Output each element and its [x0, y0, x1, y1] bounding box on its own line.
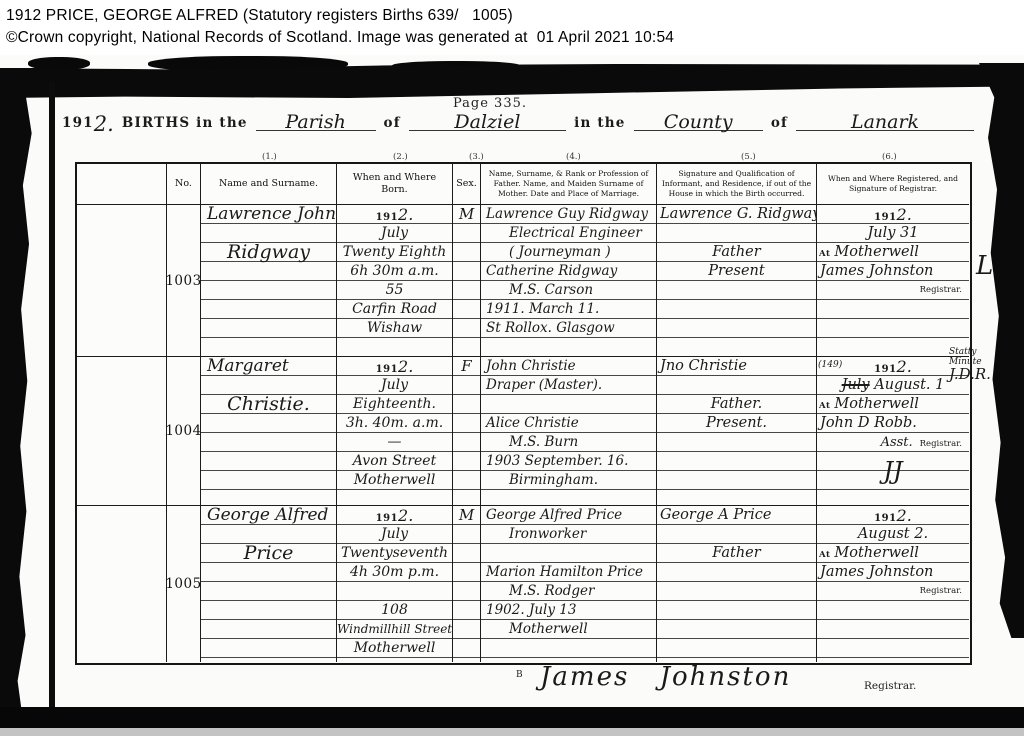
margin-cell: [77, 205, 167, 357]
born-year-handwritten: 2.: [398, 506, 413, 525]
registered-date-struck: July: [842, 377, 870, 393]
born-line: Twenty Eighth: [337, 243, 452, 262]
column-header-informant: Signature and Qualification of Informant…: [657, 164, 817, 205]
registrar-label: Registrar.: [920, 281, 962, 300]
child-name-line2: Ridgway: [201, 243, 336, 262]
parents-line: 1911. March 11.: [481, 300, 656, 319]
informant-qualification: Father: [657, 544, 816, 563]
parents-line: M.S. Carson: [481, 281, 656, 300]
column-number: (5.): [741, 152, 756, 162]
informant-residence: Present: [657, 262, 816, 281]
registered-year-printed: 191: [874, 513, 896, 524]
born-line: July: [337, 525, 452, 544]
registrar-label-line: Registrar.: [817, 582, 969, 601]
blank-line: [657, 376, 816, 395]
informant-qualification: Father: [657, 243, 816, 262]
born-year-handwritten: 2.: [398, 357, 413, 376]
name-cell: Lawrence John Ridgway: [201, 205, 337, 357]
born-cell: 1912. July Twentyseventh 4h 30m p.m. 108…: [337, 506, 453, 662]
informant-signature: Lawrence G. Ridgway: [657, 205, 816, 224]
informant-residence: [657, 563, 816, 582]
registered-date: August. 1: [874, 377, 944, 393]
sex-cell: M: [453, 205, 481, 357]
parents-line: Motherwell: [481, 620, 656, 639]
parents-line: Catherine Ridgway: [481, 262, 656, 281]
parents-line: Lawrence Guy Ridgway: [481, 205, 656, 224]
parents-cell: George Alfred Price Ironworker Marion Ha…: [481, 506, 657, 662]
born-line: Wishaw: [337, 319, 452, 338]
registered-year-line: 1912.: [817, 506, 969, 525]
born-line: July: [337, 224, 452, 243]
registrar-signature: James Johnston: [817, 262, 969, 281]
parents-cell: Lawrence Guy Ridgway Electrical Engineer…: [481, 205, 657, 357]
column-number: (3.): [469, 152, 484, 162]
informant-cell: Jno Christie Father. Present.: [657, 357, 817, 506]
registered-date-line: August 2.: [817, 525, 969, 544]
informant-cell: Lawrence G. Ridgway Father Present: [657, 205, 817, 357]
registrar-signature: James Johnston: [817, 563, 969, 582]
entry-number: 1005: [167, 506, 201, 662]
registrar-label-line: Registrar.: [817, 281, 969, 300]
registered-place-line: AtMotherwell: [817, 243, 969, 262]
column-number: (6.): [882, 152, 897, 162]
registered-year-line: (149)1912.: [817, 357, 969, 376]
scan-border-left: [0, 68, 44, 720]
parents-line: M.S. Rodger: [481, 582, 656, 601]
registered-date: August 2.: [858, 526, 928, 542]
born-line: July: [337, 376, 452, 395]
margin-cell: [77, 357, 167, 506]
name-cell: Margaret Christie.: [201, 357, 337, 506]
column-header-parents: Name, Surname, & Rank or Profession of F…: [481, 164, 657, 205]
parents-line: [481, 395, 656, 414]
column-number: (1.): [262, 152, 277, 162]
born-year-handwritten: 2.: [398, 205, 413, 224]
born-line: Twentyseventh: [337, 544, 452, 563]
born-year-printed: 191: [376, 364, 398, 375]
registered-cell: (149)1912. July August. 1 AtMotherwell J…: [817, 357, 969, 506]
parents-line: [481, 544, 656, 563]
parents-line: Birmingham.: [481, 471, 656, 490]
registered-place-line: AtMotherwell: [817, 395, 969, 414]
born-year-printed: 191: [376, 513, 398, 524]
born-line: 3h. 40m. a.m.: [337, 414, 452, 433]
at-label: At: [819, 401, 830, 411]
margin-note: Statty Minute J.D.R.: [949, 347, 991, 382]
column-header-registered: When and Where Registered, and Signature…: [817, 164, 969, 205]
title-births-label: BIRTHS in the: [122, 115, 248, 131]
rce-reference: (149): [818, 360, 842, 370]
born-line: Eighteenth.: [337, 395, 452, 414]
parents-line: St Rollox. Glasgow: [481, 319, 656, 338]
registered-date: July 31: [867, 225, 918, 241]
parents-line: Draper (Master).: [481, 376, 656, 395]
scan-border-top: [0, 64, 1024, 98]
registered-place-line: AtMotherwell: [817, 544, 969, 563]
born-line: 108: [337, 601, 452, 620]
title-year-handwritten: 2.: [94, 117, 114, 131]
born-line: Motherwell: [337, 471, 452, 490]
born-year-line: 1912.: [337, 357, 452, 376]
at-label: At: [819, 550, 830, 560]
informant-residence: Present.: [657, 414, 816, 433]
born-line: 6h 30m a.m.: [337, 262, 452, 281]
page-fold-line: [49, 81, 55, 727]
births-table: No. Name and Surname. When and Where Bor…: [75, 162, 972, 665]
born-year-printed: 191: [376, 212, 398, 223]
parents-line: John Christie: [481, 357, 656, 376]
title-of-label: of: [384, 115, 401, 131]
entry-number: 1004: [167, 357, 201, 506]
asst-label: Asst.: [881, 433, 913, 452]
title-year-printed: 191: [62, 115, 94, 131]
born-line: Windmillhill Street: [337, 620, 452, 639]
register-scan: Page 335. 1912. BIRTHS in the Parish of …: [0, 55, 1024, 736]
column-header-born: When and Where Born.: [337, 164, 453, 205]
registered-place: Motherwell: [834, 396, 919, 412]
child-name-line1: Lawrence John: [201, 205, 336, 224]
crown-copyright-line: ©Crown copyright, National Records of Sc…: [6, 27, 1024, 49]
child-name-line1: George Alfred: [201, 506, 336, 525]
blank-line: [657, 224, 816, 243]
title-in-the-label: in the: [574, 115, 625, 131]
registered-cell: 1912. August 2. AtMotherwell James Johns…: [817, 506, 969, 662]
margin-cell: [77, 506, 167, 662]
registered-place: Motherwell: [834, 244, 919, 260]
entry-number: 1003: [167, 205, 201, 357]
registered-year-handwritten: 2.: [897, 506, 912, 525]
sex-value: M: [453, 205, 480, 224]
sex-cell: F: [453, 357, 481, 506]
viewer-header: 1912 PRICE, GEORGE ALFRED (Statutory reg…: [0, 0, 1024, 55]
registrar-initials: JJ: [817, 452, 969, 490]
registered-year-printed: 191: [874, 364, 896, 375]
name-cell: George Alfred Price: [201, 506, 337, 662]
title-of-label-2: of: [771, 115, 788, 131]
registered-year-handwritten: 2.: [897, 357, 912, 376]
registered-year-line: 1912.: [817, 205, 969, 224]
born-year-line: 1912.: [337, 506, 452, 525]
page-number: Page 335.: [0, 96, 980, 111]
born-line: [337, 582, 452, 601]
child-name-line1: Margaret: [201, 357, 336, 376]
registrar-footer-label: Registrar.: [864, 680, 916, 692]
parents-line: 1903 September. 16.: [481, 452, 656, 471]
title-county-handwritten: County: [634, 115, 763, 131]
scan-gray-strip: [0, 728, 1024, 736]
register-title: 1912. BIRTHS in the Parish of Dalziel in…: [62, 115, 974, 131]
parents-line: Alice Christie: [481, 414, 656, 433]
registrar-initials: [817, 601, 969, 639]
born-line: 55: [337, 281, 452, 300]
sex-value: F: [453, 357, 480, 376]
registrar-page-signature: James Johnston: [540, 662, 791, 692]
margin-note-line: Statty: [949, 347, 991, 357]
record-title: 1912 PRICE, GEORGE ALFRED (Statutory reg…: [6, 5, 1024, 27]
margin-column-header: [77, 164, 167, 205]
print-mark: B: [516, 670, 523, 680]
title-parish-handwritten: Parish: [256, 115, 376, 131]
informant-signature: Jno Christie: [657, 357, 816, 376]
parents-line: M.S. Burn: [481, 433, 656, 452]
margin-mark: L: [976, 251, 993, 281]
child-name-line2: Christie.: [201, 395, 336, 414]
column-header-no: No.: [167, 164, 201, 205]
parents-line: ( Journeyman ): [481, 243, 656, 262]
informant-qualification: Father.: [657, 395, 816, 414]
registered-year-printed: 191: [874, 212, 896, 223]
title-parish-name-handwritten: Dalziel: [409, 115, 566, 131]
column-number: (2.): [393, 152, 408, 162]
registrar-initials: [817, 300, 969, 338]
at-label: At: [819, 249, 830, 259]
blank-line: [657, 525, 816, 544]
sex-value: M: [453, 506, 480, 525]
title-county-name-handwritten: Lanark: [796, 115, 974, 131]
parents-line: George Alfred Price: [481, 506, 656, 525]
column-header-name: Name and Surname.: [201, 164, 337, 205]
parents-cell: John Christie Draper (Master). Alice Chr…: [481, 357, 657, 506]
registered-place: Motherwell: [834, 545, 919, 561]
born-line: Motherwell: [337, 639, 452, 658]
born-line: Avon Street: [337, 452, 452, 471]
born-line: Carfin Road: [337, 300, 452, 319]
registrar-signature: John D Robb.: [817, 414, 969, 433]
registered-date-line: July August. 1: [817, 376, 969, 395]
parents-line: Ironworker: [481, 525, 656, 544]
scan-border-bottom: [0, 707, 1024, 728]
registrar-label-line: Asst.Registrar.: [817, 433, 969, 452]
informant-signature: George A Price: [657, 506, 816, 525]
parents-line: Electrical Engineer: [481, 224, 656, 243]
column-header-sex: Sex.: [453, 164, 481, 205]
registered-cell: 1912. July 31 AtMotherwell James Johnsto…: [817, 205, 969, 357]
parents-line: Marion Hamilton Price: [481, 563, 656, 582]
born-cell: 1912. July Eighteenth. 3h. 40m. a.m. — A…: [337, 357, 453, 506]
parents-line: 1902. July 13: [481, 601, 656, 620]
born-line: —: [337, 433, 452, 452]
registrar-label: Registrar.: [920, 435, 962, 454]
born-year-line: 1912.: [337, 205, 452, 224]
sex-cell: M: [453, 506, 481, 662]
column-number: (4.): [566, 152, 581, 162]
registrar-label: Registrar.: [920, 582, 962, 601]
registered-date-line: July 31: [817, 224, 969, 243]
margin-note-initials: J.D.R.: [949, 367, 991, 382]
born-line: 4h 30m p.m.: [337, 563, 452, 582]
registered-year-handwritten: 2.: [897, 205, 912, 224]
informant-cell: George A Price Father: [657, 506, 817, 662]
child-name-line2: Price: [201, 544, 336, 563]
born-cell: 1912. July Twenty Eighth 6h 30m a.m. 55 …: [337, 205, 453, 357]
